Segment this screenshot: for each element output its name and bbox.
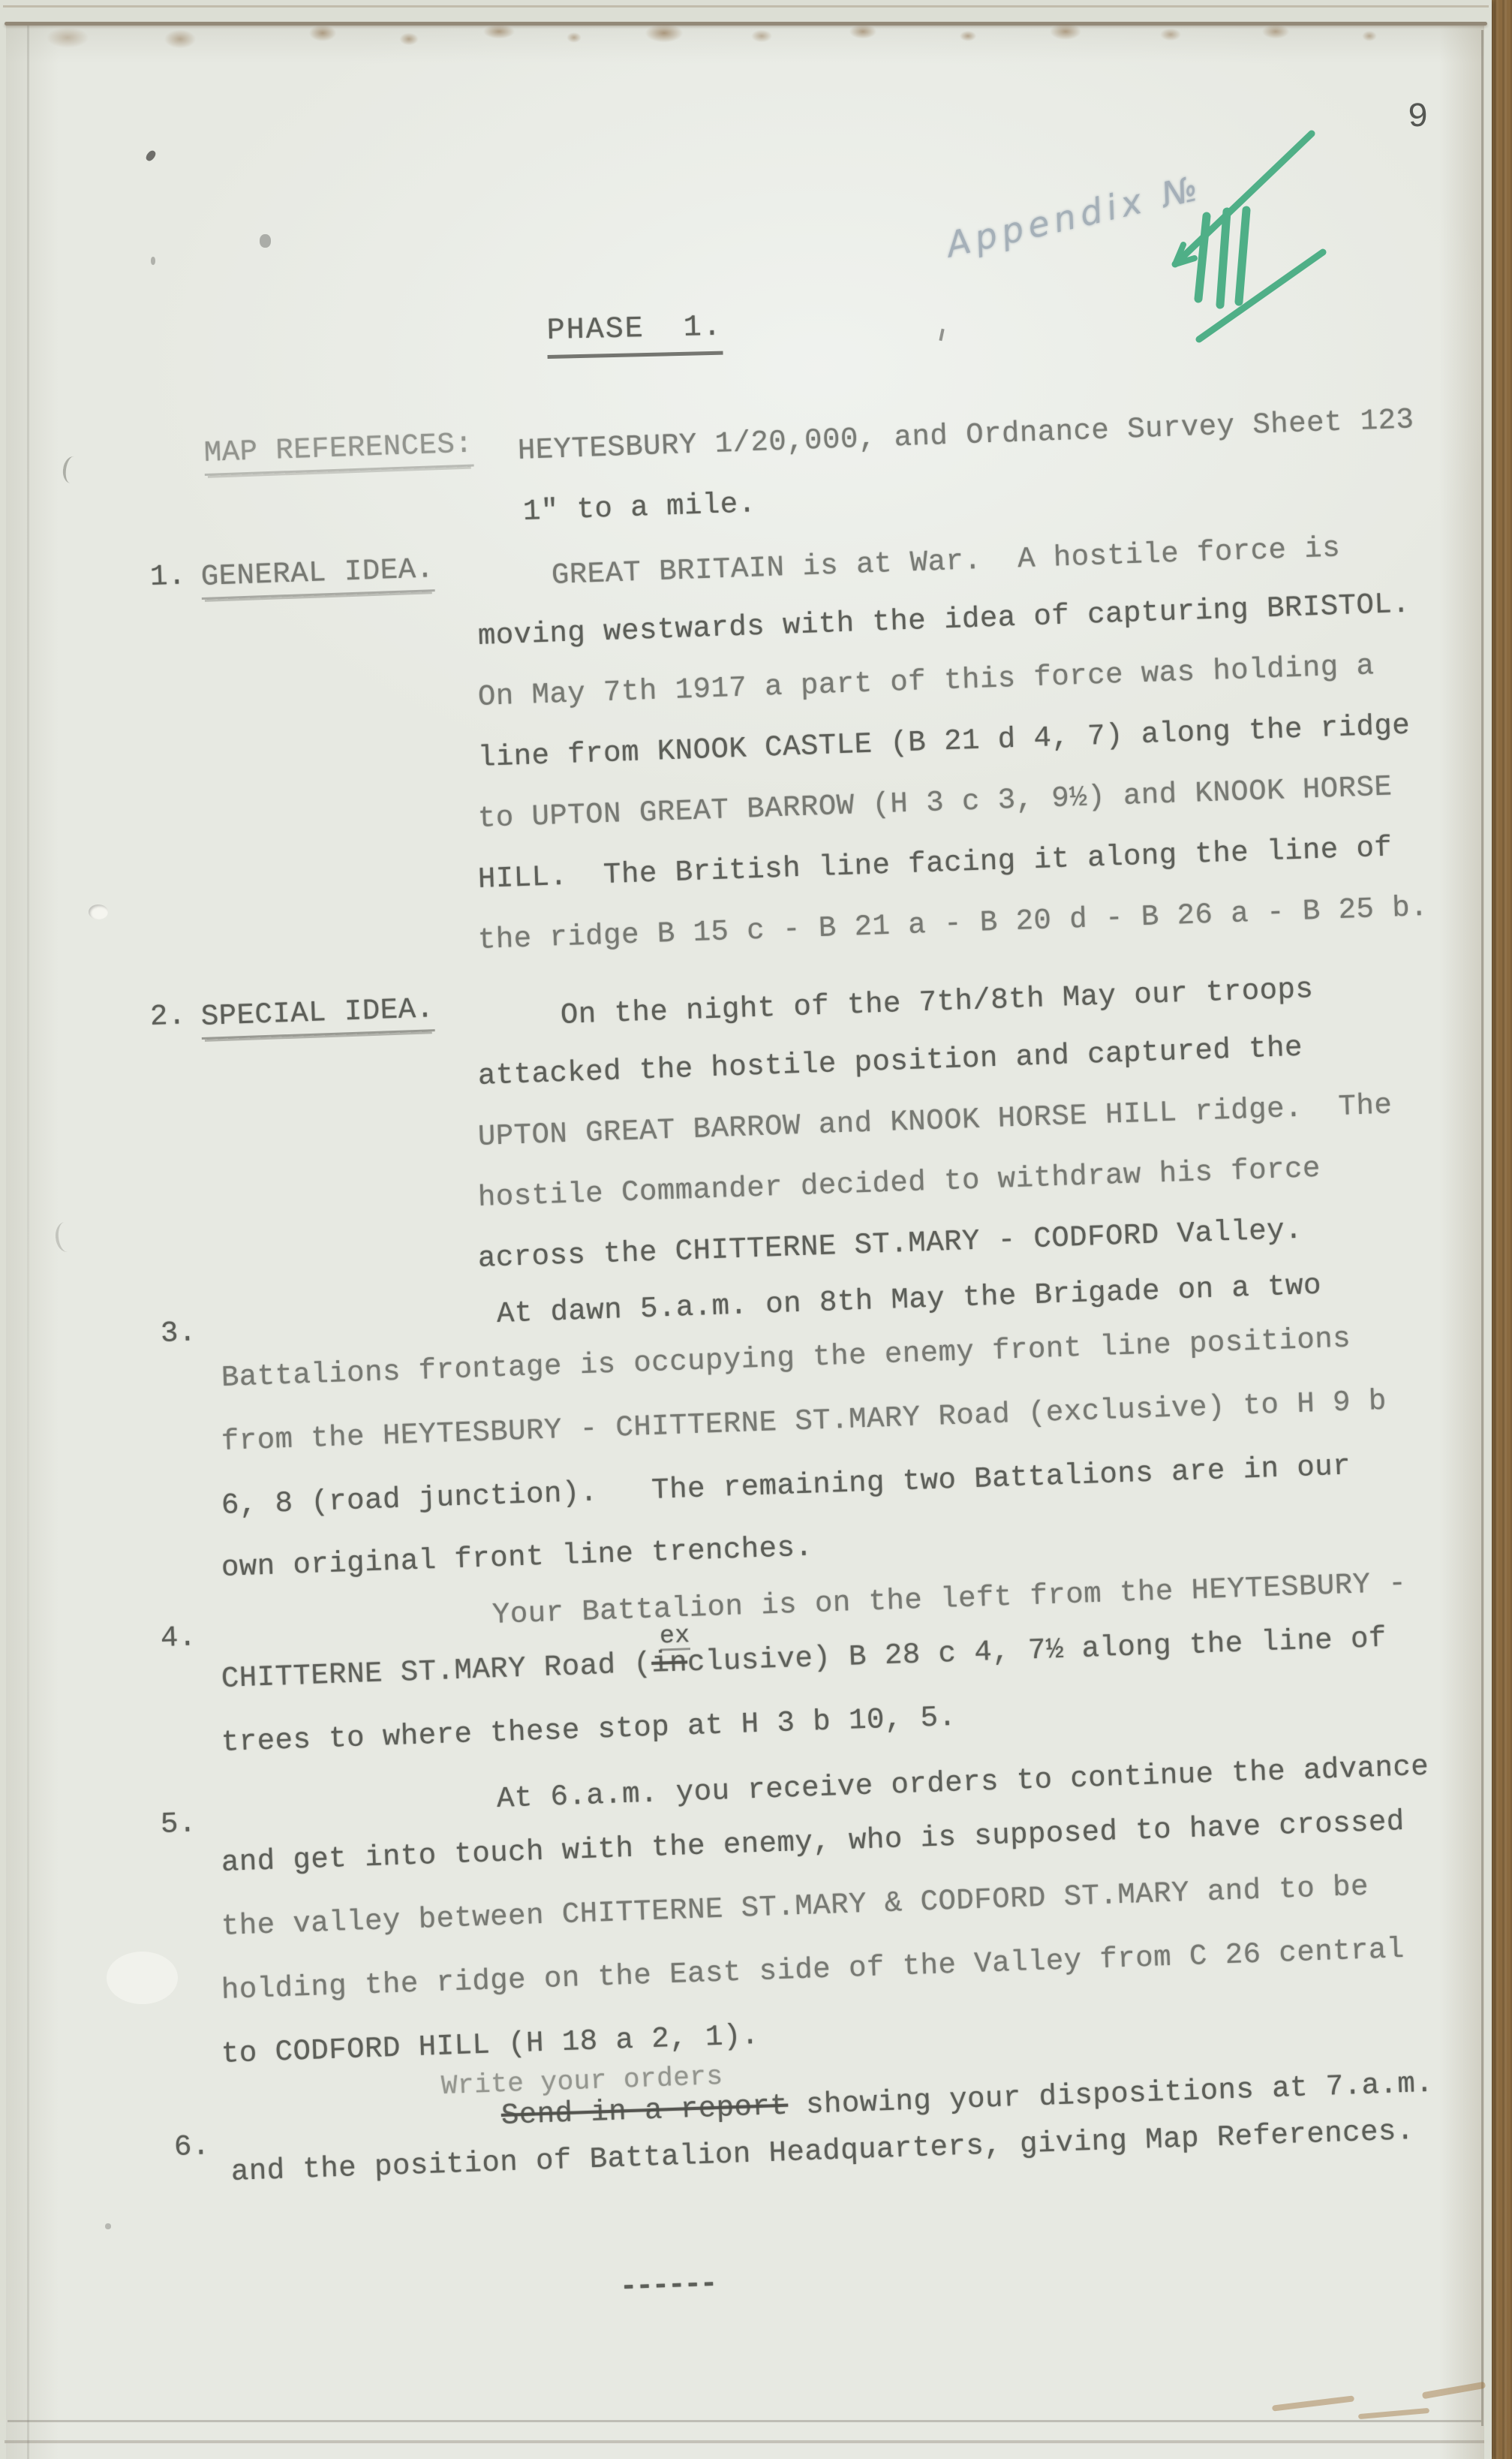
ink-speck (151, 257, 155, 265)
section-label: GENERAL IDEA. (200, 553, 434, 600)
section-number: 2. (149, 1000, 186, 1034)
ink-speck (105, 2223, 111, 2229)
end-of-page-dashes: ------ (619, 2268, 717, 2304)
typed-correction: inex (651, 1647, 688, 1681)
inserted-text: ex (659, 1623, 690, 1651)
paper-crease-left (27, 26, 29, 2459)
sheet-edge-bottom (5, 2440, 1484, 2443)
paper-flaw (89, 904, 108, 919)
section-number: 3. (160, 1317, 197, 1350)
appendix-numeral-iii-icon (1111, 105, 1358, 353)
section-label: SPECIAL IDEA. (200, 993, 434, 1040)
sheet-edge-top (5, 22, 1487, 26)
page-number: 9 (1407, 98, 1429, 137)
section-number: 1. (149, 560, 186, 594)
scanned-document: 9 Appendix № PHASE 1. MAP REFERENCES: HE… (0, 0, 1512, 2459)
sheet-edge-top-faint (3, 5, 1489, 8)
section-number: 4. (160, 1621, 197, 1655)
page-title: PHASE 1. (546, 312, 723, 359)
section-number: 6. (173, 2130, 210, 2164)
paper-abrasion (107, 1952, 178, 2004)
sheet-edge-right (1481, 30, 1483, 2426)
paper-crease-bottom (8, 2420, 1481, 2422)
section-number: 5. (160, 1807, 197, 1841)
ink-speck (260, 234, 271, 248)
struck-text: in (651, 1646, 688, 1681)
